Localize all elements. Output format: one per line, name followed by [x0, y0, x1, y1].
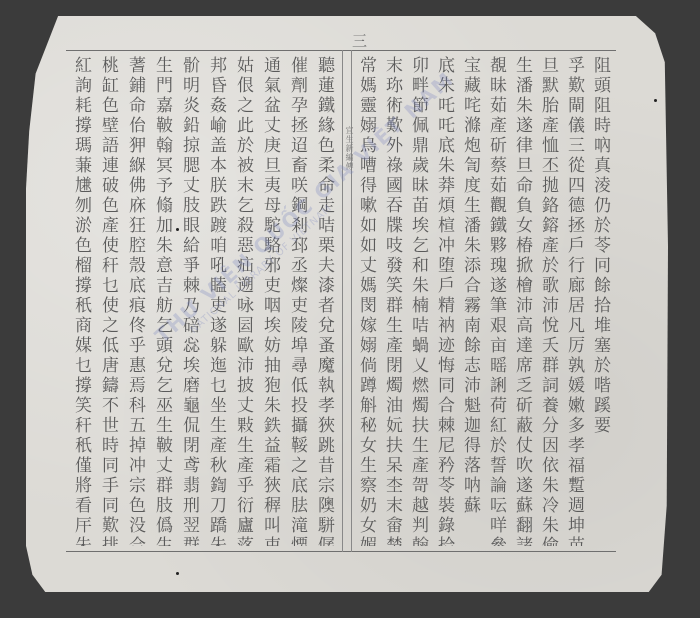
ink-speck	[654, 99, 657, 102]
text-column: 常媽靈嫋烏嘈得嗽如如丈媽閔嫁嫋倘蹲斛秘女生察奶女媚姿生吒蜒	[356, 56, 380, 546]
gutter-label: 宜生新編傳	[344, 126, 355, 171]
text-column: 催劑孕拯迢畜咲鋼剎邳丞燦吏陵埠尋低投攝鞖之底胠滝慄秆穰建宝	[286, 56, 311, 546]
text-column: 覩昧茹產斫蔡茹觀鐵夥瑰遂筆艰亩暚誗荷紅於誓論呍咩參聚血底濟暗	[486, 56, 510, 546]
text-column: 聽蓮鐵緣色柔命走咭栗夫漆者兌蚤魔執孝狹跳昔宗隩駢僝女翻	[313, 56, 338, 546]
page-number: 三	[352, 30, 367, 51]
text-column: 末珎術歎外祿國吞牒吱發笑群生產閉燭油妧扶呆杢末畲楚嗔啥齋蜒	[382, 56, 406, 546]
left-half-text: 聽蓮鐵緣色柔命走咭栗夫漆者兌蚤魔執孝狹跳昔宗隩駢僝女翻 催劑孕拯迢畜咲鋼剎邳丞燦…	[70, 56, 338, 546]
text-column: 生潘朱遂律旦命負女椿掀檜沛高達席乏斫蔽仗吹遂蘇翻諸畫仗哇沛卦耿缸	[512, 56, 536, 546]
text-column: 紅詢耗撐瑪蒹尲刎淤色榴撐秖商媒乜撐笑秆秖僅將看厈朱棘腦歎殞肌	[70, 56, 95, 546]
ink-speck	[176, 228, 179, 231]
right-half-text: 阻頭阻時吶真淩仍於苓冋餘拾堆塞於喈蹊要 孚歎閘儀三從四德拯戶行廊居凡厉孰媛嫩多孝…	[356, 56, 614, 546]
text-column: 旦默胎產恤丕拋鉻鎔產於歌沛悅夭群詞養分因依朱冷朱偷衛陵懷啱	[538, 56, 562, 546]
text-column: 宝藏咤滌炮訇度生潘朱添合霧南餘志沛魁迦得落呐蘇	[460, 56, 484, 546]
manuscript-page: 三 宜生新編傳 阻頭阻時吶真淩仍於苓冋餘拾堆塞於喈蹊要 孚歎閘儀三從四德拯戶行廊…	[26, 16, 668, 592]
text-column: 骱明炎鉛掠腮丈肢眼給爭棘乃碚惢埃磨龜侃閉鸢翡刑翌群磾劊	[178, 56, 203, 546]
text-column: 通氣盆丈庚旦夷母駝駱邪吏咽埃妨抽狍朱鉄益霜狹稺叫吏	[259, 56, 284, 546]
text-column: 桃缸色壁語連破色產使秆乜使之低唐鑄不世時同手同歎排楳杓胴丈胝栖柅	[97, 56, 122, 546]
text-column: 底朱吒吒底朱莽煩楦冲堕戶精衲迹悔同合棘尼矜苓裝錄拾苦疾紅梅禮鞋	[434, 56, 458, 546]
text-column: 卯畔節佩鼎歲昧苖埃乞和朱楠咭蝸乂燃燭扶生產哿越判翰道四㦖衷郅陵	[408, 56, 432, 546]
text-column: 蓍鋪命佁狎緥佛庥狂腔殼底痕佟乎惠焉科五掉冲宗色没合狭合夜嫡	[124, 56, 149, 546]
text-column: 邦昏姦崳盖本朕跌踱咱吼瞌吏遂躲迤乜坐生產秋鍧刀蹻朱	[205, 56, 230, 546]
text-column: 姑佷之此於被末乞殺惡疝遡咏囩歐沛披丈敤生產乎衍廬落牣吣得衒	[232, 56, 257, 546]
text-column: 生門嘉鞁翰冥予翛加朱意吉舫乞頭兌乞巫生鞁丈群肢僞生尼丈群胝乏蔘	[151, 56, 176, 546]
text-column: 阻頭阻時吶真淩仍於苓冋餘拾堆塞於喈蹊要	[590, 56, 614, 546]
top-border-rule	[66, 50, 616, 51]
ink-speck	[176, 572, 179, 575]
text-column: 孚歎閘儀三從四德拯戶行廊居凡厉孰媛嫩多孝福蹔週坤苗炳烽嵄湖宝差	[564, 56, 588, 546]
bottom-border-rule	[66, 551, 616, 552]
